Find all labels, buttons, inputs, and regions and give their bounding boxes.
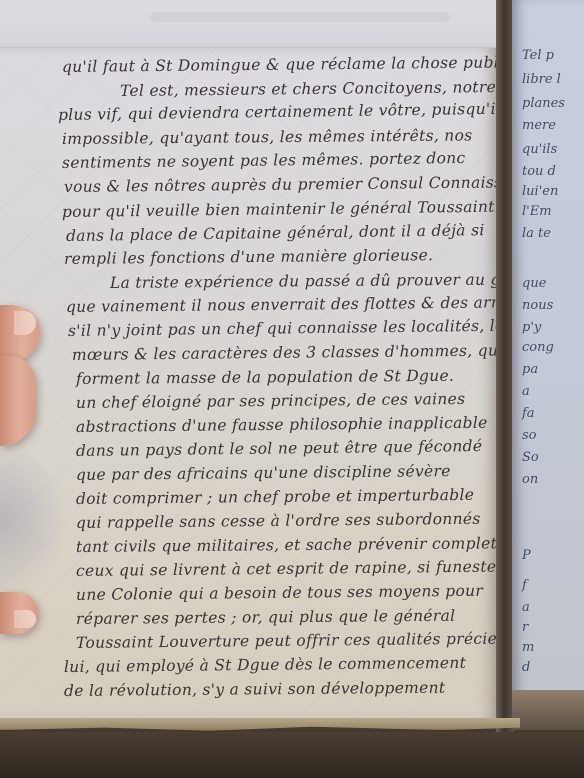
right-page-line: mere	[522, 118, 556, 133]
right-page-line: planes	[522, 96, 565, 111]
manuscript-line-4: impossible, qu'ayant tous, les mêmes int…	[62, 126, 473, 148]
right-page-line: d	[522, 660, 530, 675]
right-page-line: cong	[522, 340, 554, 355]
right-page-line: a	[522, 600, 530, 615]
manuscript-line-24: réparer ses pertes ; or, qui plus que le…	[76, 607, 456, 628]
manuscript-line-14: forment la masse de la population de St …	[76, 367, 454, 388]
thumbnail	[14, 610, 36, 628]
right-page-line: P	[522, 548, 531, 563]
table-surface	[0, 732, 584, 778]
right-page-corner	[512, 690, 584, 730]
manuscript-line-21: tant civils que militaires, et sache pré…	[76, 534, 505, 556]
right-page-line: fa	[522, 406, 535, 421]
fingernail	[14, 311, 36, 335]
right-page-line: on	[522, 472, 538, 487]
faded-writing	[150, 12, 450, 22]
right-page-line: que	[522, 276, 546, 291]
right-page: Tel p libre l planes mere qu'ils tou d l…	[512, 0, 584, 700]
right-page-line: lui'en	[522, 184, 558, 199]
right-page-line: libre l	[522, 72, 561, 87]
right-page-line: tou d	[522, 164, 556, 179]
right-page-line: Tel p	[522, 48, 554, 63]
right-page-line: l'Em	[522, 204, 552, 219]
right-page-line: a	[522, 384, 530, 399]
top-paper-flap	[0, 0, 500, 48]
right-page-line: qu'ils	[522, 142, 557, 157]
right-page-line: f	[522, 578, 527, 593]
right-page-line: so	[522, 428, 537, 443]
right-page-line: p'y	[522, 320, 541, 335]
right-page-line: la te	[522, 226, 551, 241]
right-page-line: So	[522, 450, 539, 465]
right-page-line: r	[522, 620, 528, 635]
manuscript-photo: qu'il faut à St Domingue & que réclame l…	[0, 0, 584, 778]
right-page-line: m	[522, 640, 534, 655]
hand-shadow	[0, 440, 70, 600]
manuscript-line-27: de la révolution, s'y a suivi son dévelo…	[64, 679, 446, 700]
right-page-line: nous	[522, 298, 553, 313]
right-page-line: pa	[522, 362, 538, 377]
